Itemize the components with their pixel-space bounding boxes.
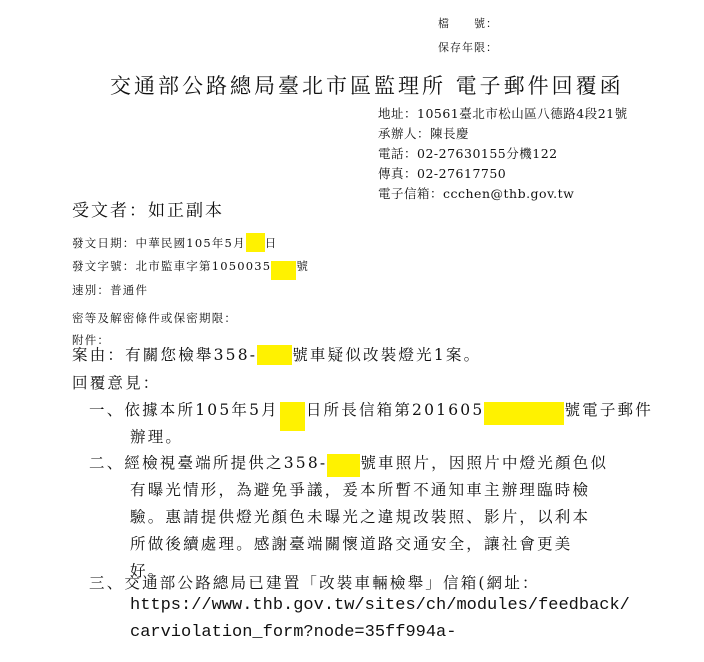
redaction-box [257, 345, 292, 365]
doc-number-suffix: 號 [296, 259, 309, 273]
feedback-url-line-2[interactable]: carviolation_form?node=35ff994a- [130, 623, 456, 642]
reply-item-1: 一、依據本所105年5月日所長信箱第201605號電子郵件 [89, 398, 653, 421]
document-title: 交通部公路總局臺北市區監理所 電子郵件回覆函 [110, 70, 624, 100]
item-marker: 三、 [89, 574, 124, 592]
issue-date-prefix: 發文日期：中華民國105年5月 [72, 236, 246, 250]
item-text: 號車照片，因照片中燈光顏色似 [360, 454, 608, 472]
file-number-label: 檔 號： [438, 15, 498, 31]
item-text: 交通部公路總局已建置「改裝車輛檢舉」信箱(網址： [124, 574, 539, 592]
contact-email: 電子信箱：ccchen@thb.gov.tw [378, 184, 628, 204]
redaction-box [271, 261, 296, 280]
reply-item-1-cont: 辦理。 [130, 425, 183, 447]
feedback-url-line-1[interactable]: https://www.thb.gov.tw/sites/ch/modules/… [130, 596, 630, 615]
doc-number-line: 發文字號：北市監車字第1050035號 [72, 258, 309, 274]
reply-item-3: 三、交通部公路總局已建置「改裝車輛檢舉」信箱(網址： [89, 571, 540, 593]
redaction-box [484, 402, 564, 425]
item-text: 依據本所105年5月 [124, 401, 278, 419]
issue-date-suffix: 日 [265, 236, 278, 250]
subject-line: 案由：有關您檢舉358-號車疑似改裝燈光1案。 [72, 343, 481, 365]
reply-item-2-line-2: 有曝光情形，為避免爭議，爰本所暫不通知車主辦理臨時檢 [130, 478, 590, 500]
contact-phone: 電話：02-27630155分機122 [378, 144, 628, 164]
item-text: 經檢視臺端所提供之358- [124, 454, 327, 472]
contact-fax: 傳真：02-27617750 [378, 164, 628, 184]
speed-line: 速別：普通件 [72, 282, 148, 298]
retention-period-label: 保存年限： [438, 39, 498, 55]
contact-handler: 承辦人：陳長慶 [378, 124, 628, 144]
recipient-line: 受文者：如正副本 [72, 196, 224, 221]
item-text: 號電子郵件 [564, 401, 653, 419]
doc-number-prefix: 發文字號：北市監車字第1050035 [72, 259, 271, 273]
reply-label: 回覆意見： [72, 371, 161, 393]
contact-block: 地址：10561臺北市松山區八德路4段21號 承辦人：陳長慶 電話：02-276… [378, 104, 628, 204]
reply-item-2: 二、經檢視臺端所提供之358-號車照片，因照片中燈光顏色似 [89, 451, 608, 474]
redaction-box [246, 233, 265, 252]
subject-prefix: 案由：有關您檢舉358- [72, 346, 257, 364]
redaction-box [280, 402, 305, 431]
item-marker: 一、 [89, 401, 124, 419]
redaction-box [327, 454, 360, 477]
reply-item-2-line-3: 驗。惠請提供燈光顏色未曝光之違規改裝照、影片，以利本 [130, 505, 590, 527]
subject-suffix: 號車疑似改裝燈光1案。 [292, 346, 481, 364]
secrecy-line: 密等及解密條件或保密期限： [72, 310, 237, 326]
issue-date-line: 發文日期：中華民國105年5月日 [72, 235, 277, 252]
item-marker: 二、 [89, 454, 124, 472]
reply-item-2-line-4: 所做後續處理。感謝臺端關懷道路交通安全，讓社會更美 [130, 532, 573, 554]
contact-address: 地址：10561臺北市松山區八德路4段21號 [378, 104, 628, 124]
item-text: 日所長信箱第201605 [306, 401, 485, 419]
